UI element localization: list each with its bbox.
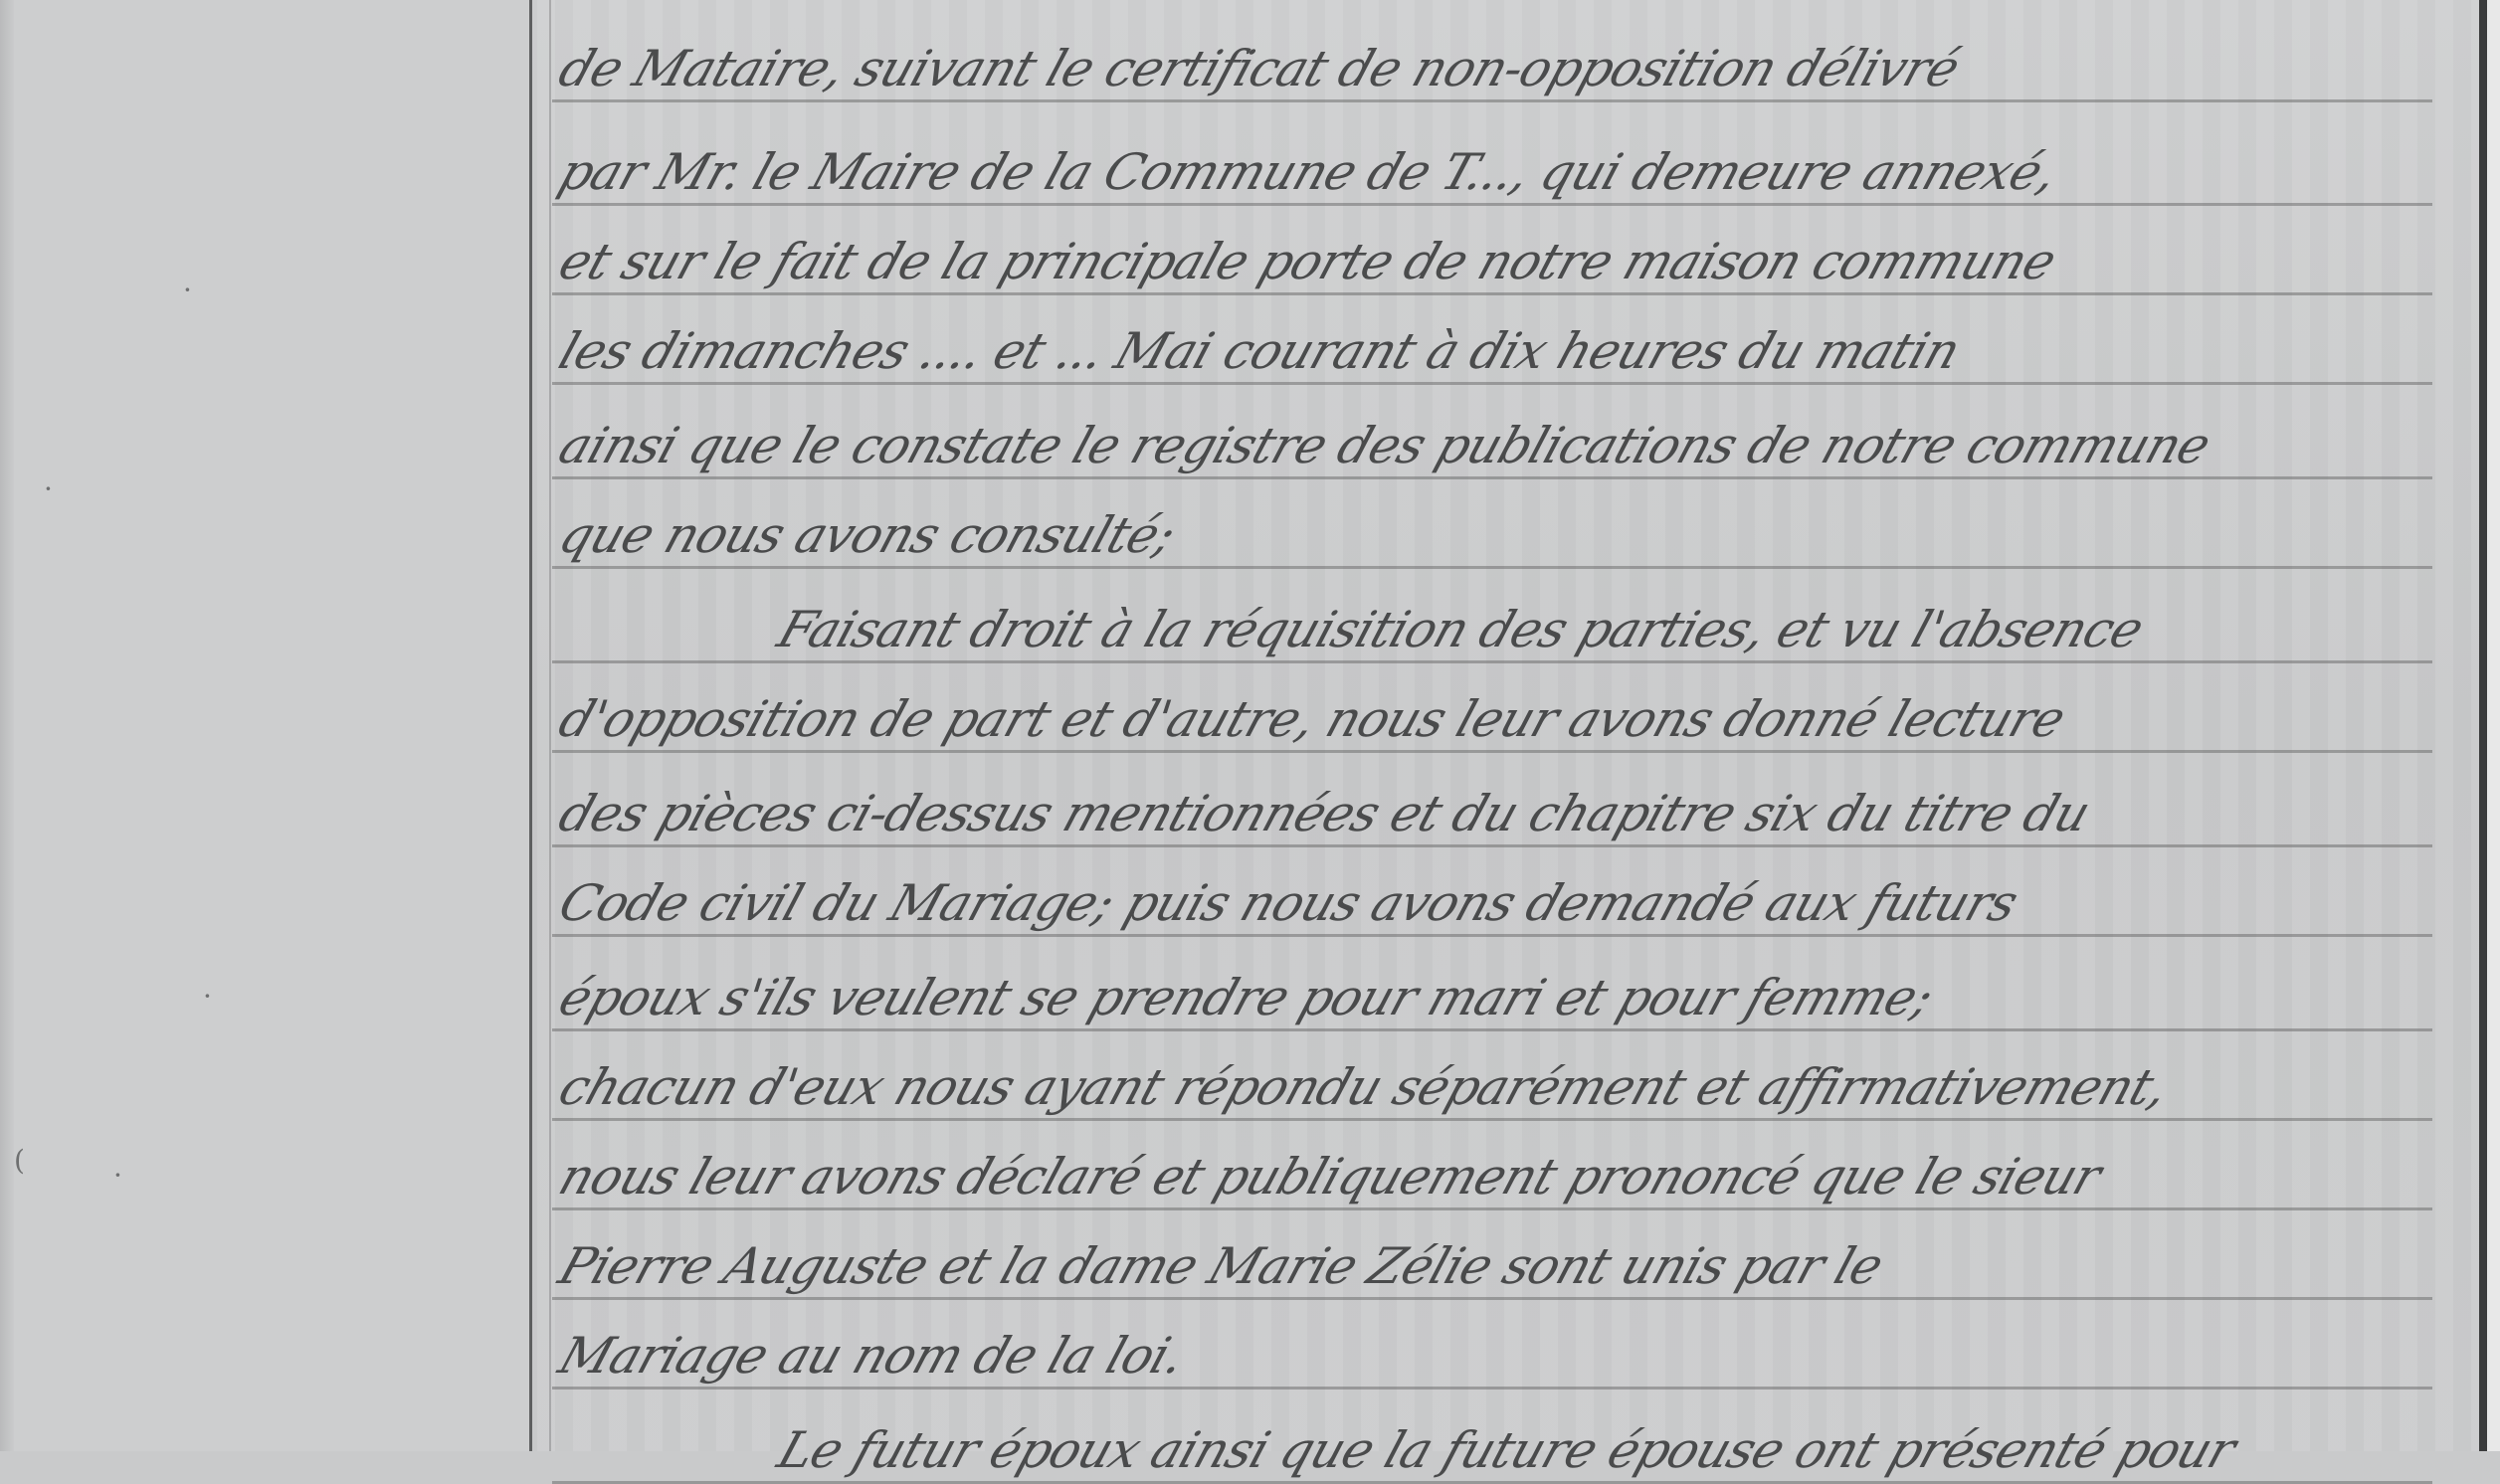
handwritten-line: les dimanches .... et ... Mai courant à … [552,322,1967,380]
handwritten-text-area: de Mataire, suivant le certificat de non… [552,0,2477,1451]
ruled-line: Le futur époux ainsi que la future épous… [552,1378,2432,1451]
margin-mark: ( [14,1144,25,1177]
margin-mark: · [113,1159,122,1192]
ruled-line: les dimanches .... et ... Mai courant à … [552,278,2432,385]
ruled-line: d'opposition de part et d'autre, nous le… [552,647,2432,753]
register-page: · · · · ( de Mataire, suivant le certifi… [0,0,2500,1451]
margin-rule-secondary [549,0,551,1451]
ruled-line: de Mataire, suivant le certificat de non… [552,0,2432,102]
margin-rule [529,0,532,1451]
margin-mark: · [44,472,53,505]
handwritten-line: de Mataire, suivant le certificat de non… [552,40,1966,97]
page-left-edge [0,0,14,1451]
handwritten-line: Le futur époux ainsi que la future épous… [771,1421,2242,1451]
ruled-line: que nous avons consulté; [552,463,2432,569]
scan-background [2487,0,2500,1451]
ruled-line: Code civil du Mariage; puis nous avons d… [552,831,2432,937]
margin-mark: · [183,274,192,306]
ruled-line: Mariage au nom de la loi. [552,1283,2432,1390]
margin-column: · · · · ( [14,0,531,1451]
margin-mark: · [203,980,212,1013]
page-right-edge-binding [2479,0,2487,1451]
handwritten-line: Mariage au nom de la loi. [552,1327,1192,1385]
handwritten-line: Code civil du Mariage; puis nous avons d… [552,874,2024,932]
handwritten-line: que nous avons consulté; [552,506,1182,564]
handwritten-line: d'opposition de part et d'autre, nous le… [552,690,2072,748]
